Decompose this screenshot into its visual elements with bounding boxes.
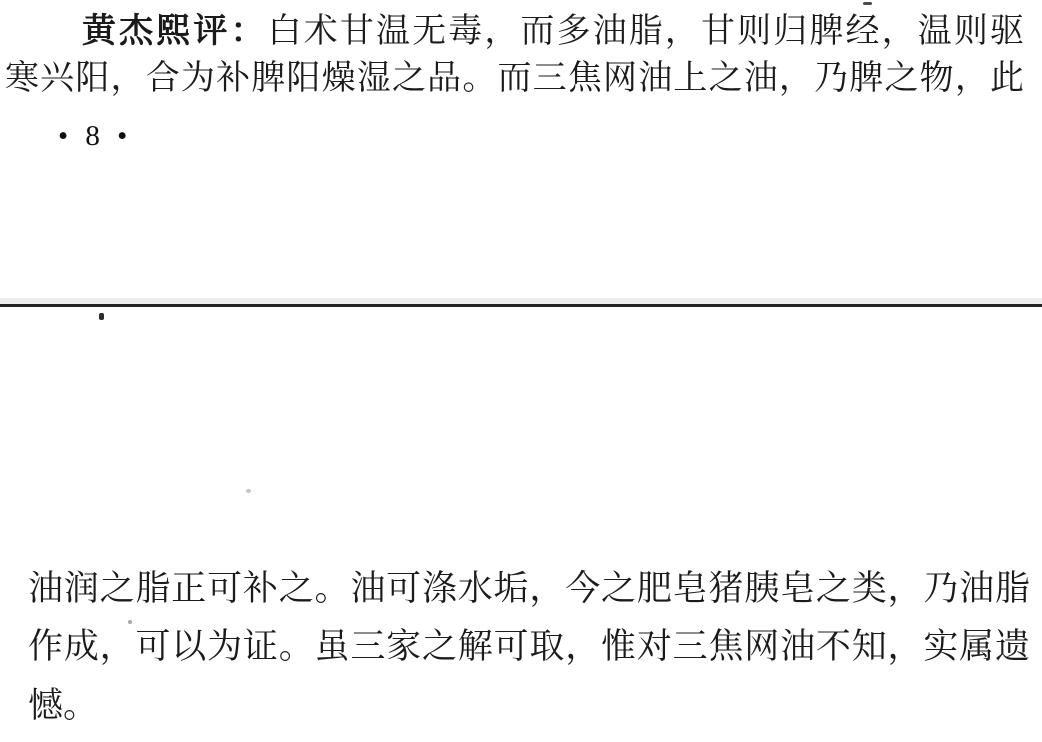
top-paragraph-line-1-text: 白术甘温无毒，而多油脂，甘则归脾经，温则驱 (268, 13, 1024, 50)
scanned-book-page: 黄杰熙评：白术甘温无毒，而多油脂，甘则归脾经，温则驱 寒兴阳，合为补脾阳燥湿之品… (0, 0, 1042, 742)
commentator-lead-label: 黄杰熙评： (82, 11, 268, 51)
scan-speck-top-right (863, 2, 872, 5)
scan-speck-mid-page (246, 489, 251, 493)
top-paragraph-line-2: 寒兴阳，合为补脾阳燥湿之品。而三焦网油上之油，乃脾之物，此 (5, 56, 1024, 102)
page-divider-rule (0, 304, 1042, 307)
top-paragraph-line-1: 黄杰熙评：白术甘温无毒，而多油脂，甘则归脾经，温则驱 (82, 8, 1024, 55)
scan-speck-below-divider (99, 313, 104, 320)
page-number: • 8 • (58, 118, 132, 154)
bottom-paragraph-line-3: 憾。 (28, 681, 98, 731)
bottom-paragraph-line-1: 油润之脂正可补之。油可涤水垢，今之肥皂猪胰皂之类，乃油脂 (28, 564, 1030, 614)
bottom-paragraph-line-2: 作成，可以为证。虽三家之解可取，惟对三焦网油不知，实属遗 (28, 622, 1030, 672)
